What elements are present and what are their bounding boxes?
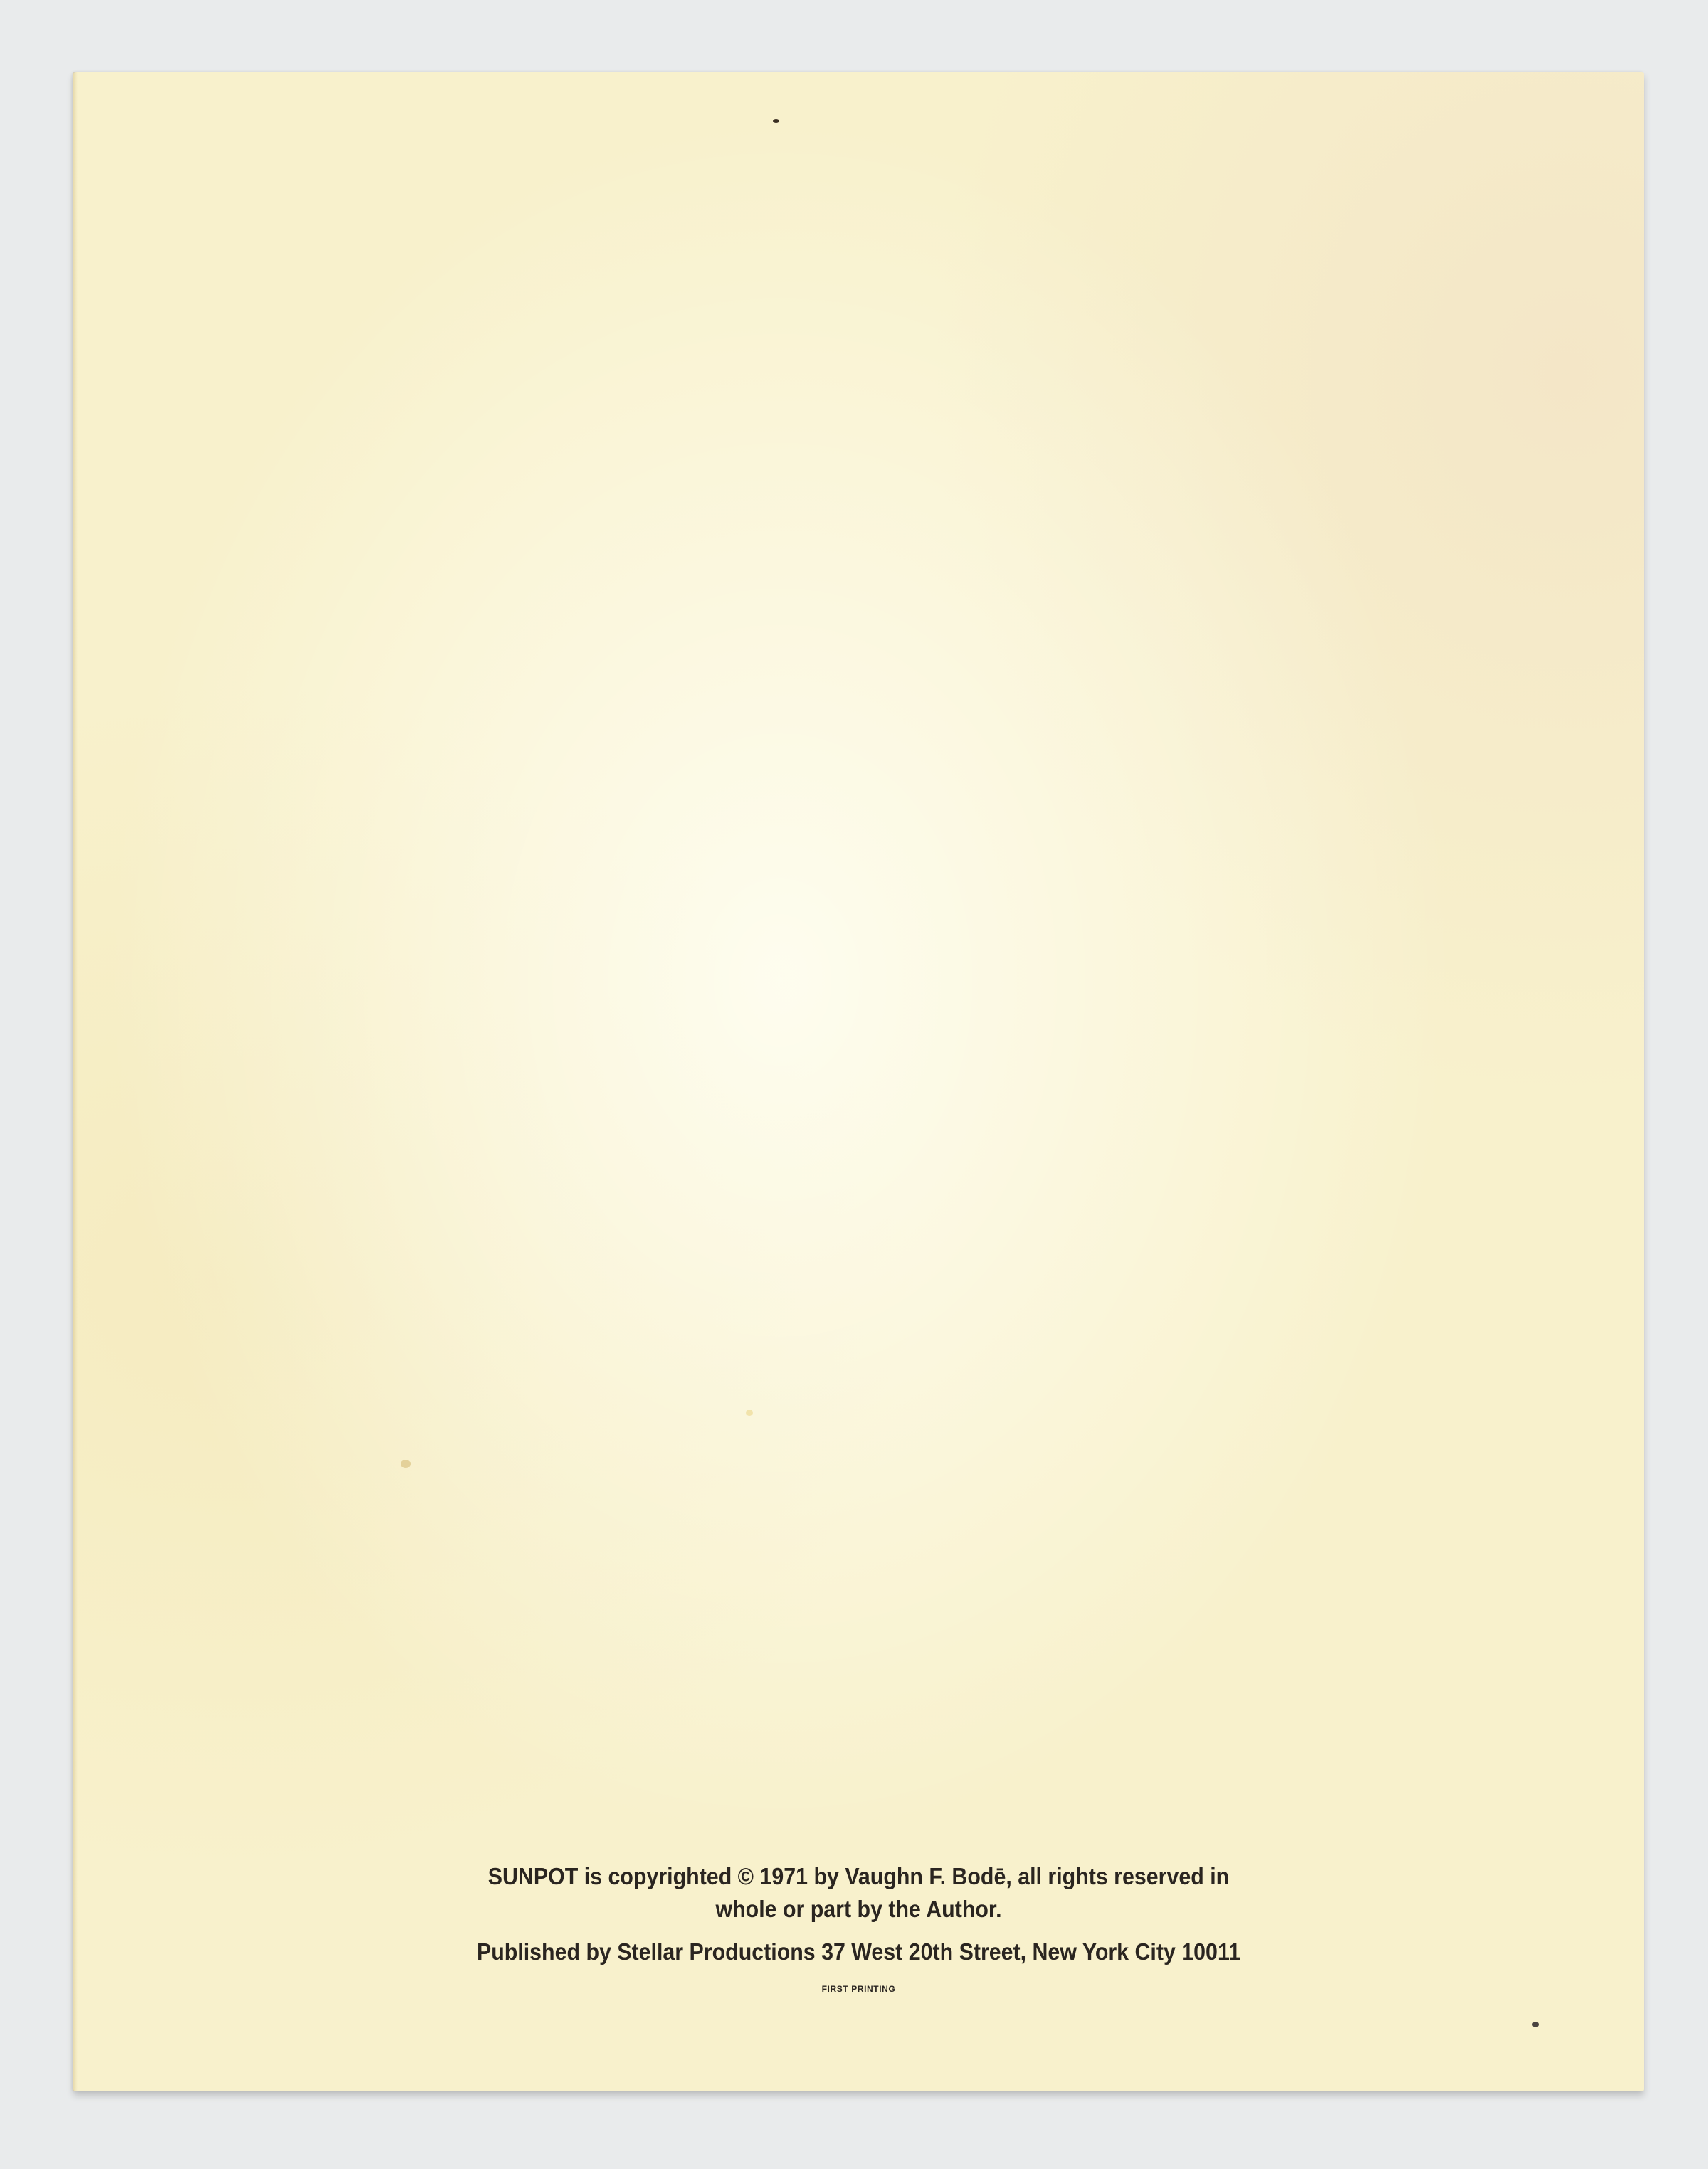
back-cover-page: SUNPOT is copyrighted © 1971 by Vaughn F…	[73, 72, 1644, 2091]
printing-note: FIRST PRINTING	[73, 1984, 1644, 1994]
publisher-line: Published by Stellar Productions 37 West…	[136, 1936, 1581, 1968]
paper-stain	[401, 1460, 411, 1468]
paper-stain	[746, 1410, 753, 1416]
ink-speck	[773, 119, 779, 123]
copyright-line-2: whole or part by the Author.	[136, 1893, 1581, 1926]
ink-speck	[1532, 2022, 1539, 2027]
copyright-line-1: SUNPOT is copyrighted © 1971 by Vaughn F…	[136, 1860, 1581, 1893]
copyright-imprint: SUNPOT is copyrighted © 1971 by Vaughn F…	[73, 1860, 1644, 1994]
